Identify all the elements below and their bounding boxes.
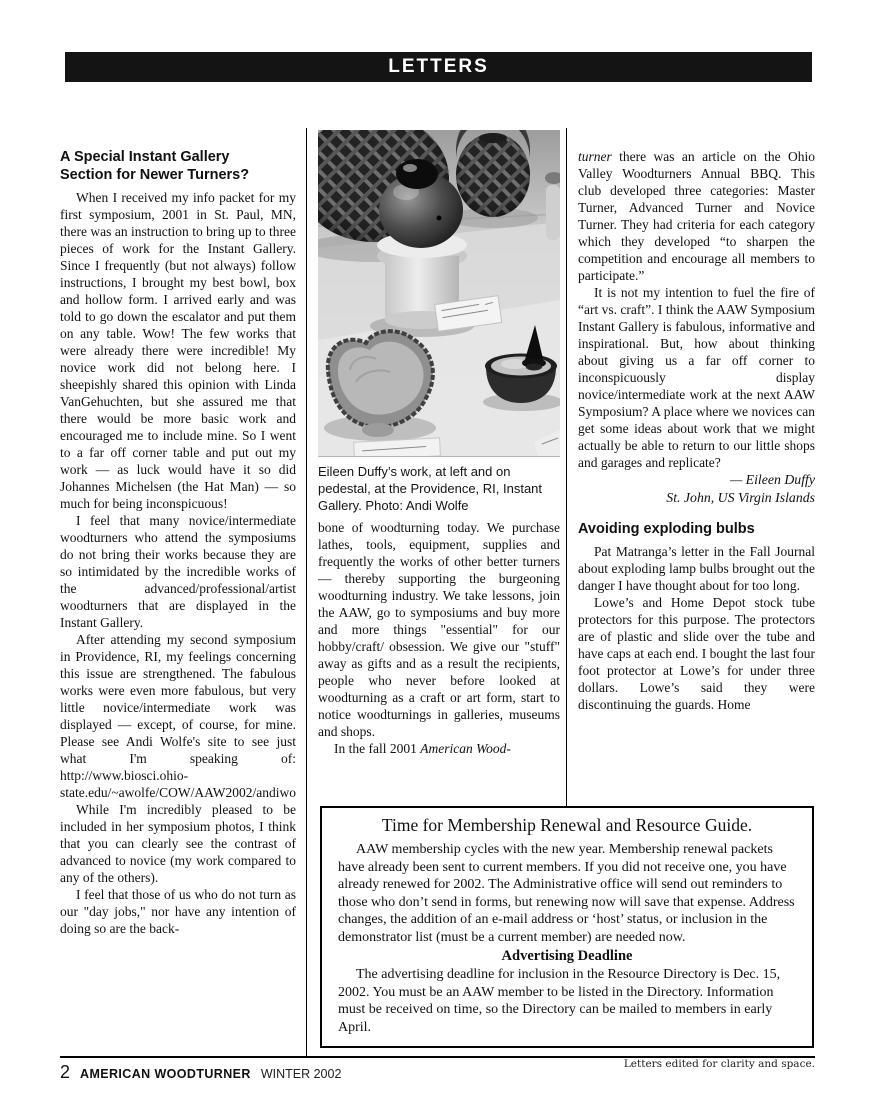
box-paragraph: The advertising deadline for inclusion i… — [338, 966, 796, 1036]
paragraph: In the fall 2001 American Wood- — [318, 740, 560, 757]
paragraph: When I received my info packet for my fi… — [60, 189, 296, 512]
text-run: In the fall 2001 — [334, 741, 420, 756]
instant-gallery-photo — [318, 130, 560, 456]
letter-heading-exploding-bulbs: Avoiding exploding bulbs — [578, 520, 815, 538]
paragraph: It is not my intention to fuel the fire … — [578, 284, 815, 471]
box-title: Time for Membership Renewal and Resource… — [338, 815, 796, 836]
footer: 2 AMERICAN WOODTURNER WINTER 2002 — [60, 1062, 341, 1083]
magazine-page: LETTERS A Special Instant Gallery Sectio… — [0, 0, 876, 1120]
gallery-photo-figure: Eileen Duffy’s work, at left and on pede… — [318, 130, 560, 514]
paragraph: bone of woodturning today. We purchase l… — [318, 519, 560, 740]
paragraph: I feel that many novice/intermediate woo… — [60, 512, 296, 631]
middle-column: Eileen Duffy’s work, at left and on pede… — [318, 130, 560, 806]
letter-signature: — Eileen Duffy St. John, US Virgin Islan… — [578, 471, 815, 507]
italic-run: turner — [578, 149, 612, 164]
signature-location: St. John, US Virgin Islands — [578, 489, 815, 507]
letter-heading-instant-gallery: A Special Instant Gallery Section for Ne… — [60, 148, 296, 184]
paragraph: Pat Matranga’s letter in the Fall Journa… — [578, 543, 815, 594]
heading-line: Section for Newer Turners? — [60, 166, 296, 184]
paragraph: I feel that those of us who do not turn … — [60, 886, 296, 937]
membership-renewal-box: Time for Membership Renewal and Resource… — [320, 806, 814, 1048]
paragraph: While I'm incredibly pleased to be inclu… — [60, 801, 296, 886]
italic-run: American Wood- — [420, 741, 511, 756]
banner-title: LETTERS — [388, 56, 489, 78]
box-subheading: Advertising Deadline — [338, 946, 796, 966]
paragraph: After attending my second symposium in P… — [60, 631, 296, 801]
page-number: 2 — [60, 1062, 70, 1083]
text-run: there was an article on the Ohio Valley … — [578, 149, 815, 283]
letters-banner: LETTERS — [65, 52, 812, 82]
footer-note: Letters edited for clarity and space. — [624, 1058, 815, 1070]
paragraph: Lowe’s and Home Depot stock tube protect… — [578, 594, 815, 713]
left-column: A Special Instant Gallery Section for Ne… — [60, 148, 296, 1040]
signature-name: — Eileen Duffy — [578, 471, 815, 489]
right-column: turner there was an article on the Ohio … — [578, 148, 815, 806]
column-divider-left — [306, 128, 307, 1058]
photo-caption: Eileen Duffy’s work, at left and on pede… — [318, 463, 560, 514]
heading-line: A Special Instant Gallery — [60, 148, 296, 166]
column-divider-right — [566, 128, 567, 806]
issue-label: WINTER 2002 — [261, 1067, 342, 1081]
paragraph: turner there was an article on the Ohio … — [578, 148, 815, 284]
box-paragraph: AAW membership cycles with the new year.… — [338, 841, 796, 946]
journal-name: AMERICAN WOODTURNER — [80, 1067, 251, 1081]
